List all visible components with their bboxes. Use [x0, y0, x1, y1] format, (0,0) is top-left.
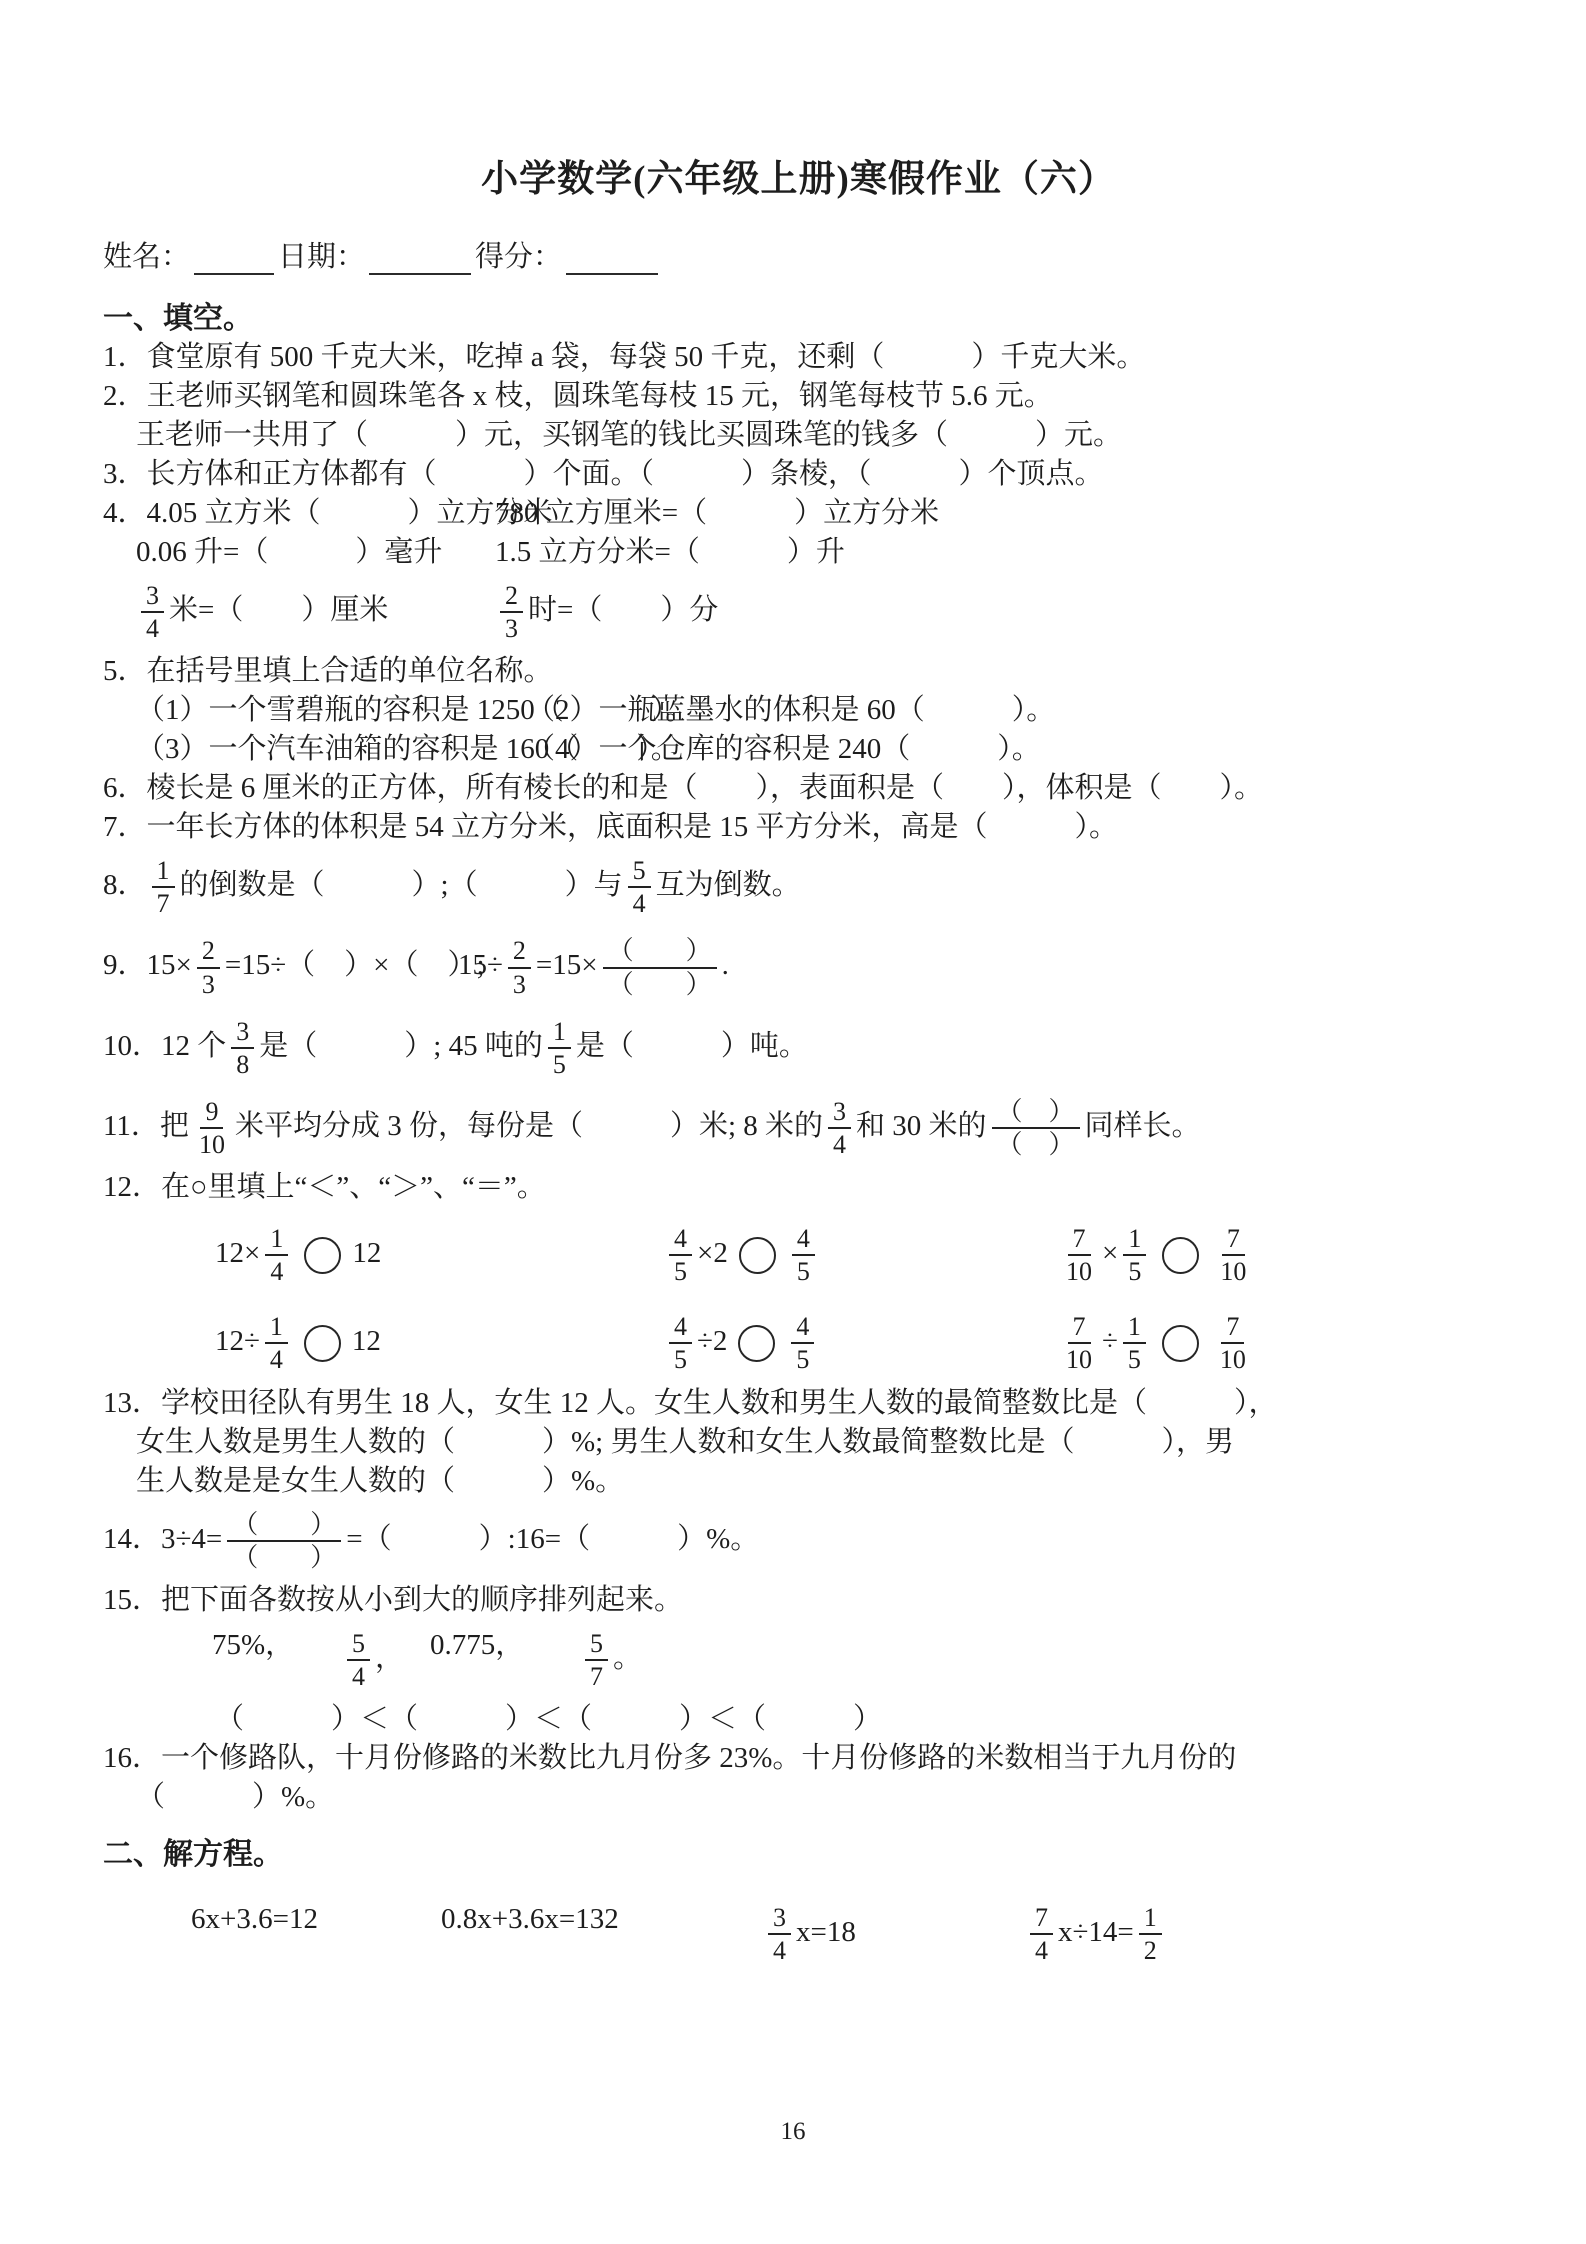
text-segment: （ ）%。 — [136, 1781, 334, 1813]
q11: 11．把910米平均分成 3 份，每份是（ ）米; 8 米的34和 30 米的（… — [103, 1091, 1494, 1165]
q4-row1-col1: 4．4.05 立方米（ ）立方分米 — [103, 497, 495, 530]
q5: 5．在括号里填上合适的单位名称。 — [103, 655, 1494, 688]
text-segment: ÷ — [1102, 1325, 1118, 1357]
fraction: 45 — [791, 1312, 814, 1374]
fraction: 710 — [1061, 1312, 1097, 1374]
text-segment: 0.06 升=（ ）毫升 — [136, 536, 442, 568]
text-segment: ×2 — [697, 1237, 728, 1269]
q15-order-blanks: （ ）＜（ ）＜（ ）＜（ ） — [103, 1703, 1494, 1736]
fraction: 34 — [141, 581, 164, 643]
worksheet-title: 小学数学(六年级上册)寒假作业（六） — [103, 148, 1494, 202]
q2-line2: 王老师一共用了（ ）元，买钢笔的钱比买圆珠笔的钱多（ ）元。 — [103, 419, 1494, 452]
section-1-heading: 一、填空。 — [103, 302, 1494, 335]
text-segment: 12× — [215, 1237, 260, 1269]
text-segment: 14．3÷4= — [103, 1522, 222, 1554]
comparison-circle-blank — [1162, 1325, 1199, 1362]
text-segment: 7．一年长方体的体积是 54 立方分米，底面积是 15 平方分米，高是（ ）。 — [103, 811, 1118, 843]
text-segment: 和 30 米的 — [856, 1110, 987, 1142]
fraction: 74 — [1030, 1903, 1053, 1965]
q12-row2: 12÷141245÷245710÷15710 — [103, 1306, 1494, 1380]
q12-row1-col2: 45×245 — [664, 1224, 1056, 1286]
q4-row1-col2: 780 立方厘米=（ ）立方分米 — [495, 497, 939, 530]
text-segment: 5．在括号里填上合适的单位名称。 — [103, 655, 553, 687]
fraction: 54 — [628, 856, 651, 918]
text-segment: 。 — [613, 1642, 642, 1674]
q16-line2: （ ）%。 — [103, 1781, 1494, 1814]
q4-row2: 0.06 升=（ ）毫升1.5 立方分米=（ ）升 — [103, 536, 1494, 569]
fraction: 34 — [828, 1097, 851, 1159]
text-segment: 9．15× — [103, 949, 192, 981]
q13-line1: 13．学校田径队有男生 18 人，女生 12 人。女生人数和男生人数的最简整数比… — [103, 1387, 1494, 1420]
fraction: 14 — [265, 1224, 288, 1286]
q15-numbers: 75%，54，0.775，57。 — [103, 1623, 1494, 1697]
fraction: 12 — [1139, 1903, 1162, 1965]
q5-row1-col1: （1）一个雪碧瓶的容积是 1250（ ）。 — [136, 694, 526, 727]
date-label: 日期： — [278, 241, 365, 273]
fraction: 23 — [197, 936, 220, 998]
equations-row-col1: 6x+3.6=12 — [191, 1903, 441, 1965]
text-segment: 生人数是是女生人数的（ ）%。 — [136, 1465, 624, 1497]
q12-row1-col3: 710×15710 — [1056, 1224, 1256, 1286]
q9: 9．15×23=15÷（ ）×（ ）;15÷23=15×（ ）（ ）. — [103, 930, 1494, 1004]
text-segment: 16．一个修路队，十月份修路的米数比九月份多 23%。十月份修路的米数相当于九月… — [103, 1742, 1236, 1774]
fraction: 710 — [1061, 1224, 1097, 1286]
q7: 7．一年长方体的体积是 54 立方分米，底面积是 15 平方分米，高是（ ）。 — [103, 811, 1494, 844]
text-segment: （ ）＜（ ）＜（ ）＜（ ） — [215, 1703, 882, 1735]
fraction: （ ）（ ） — [992, 1097, 1080, 1159]
q9-col1: 9．15×23=15÷（ ）×（ ）; — [103, 936, 458, 998]
fraction: （ ）（ ） — [603, 936, 717, 998]
equation-text: x=18 — [796, 1916, 856, 1948]
text-segment: （4）一个仓库的容积是 240（ ）。 — [526, 733, 1041, 765]
fraction: 15 — [1123, 1312, 1146, 1374]
fraction: 34 — [768, 1903, 791, 1965]
fraction: 710 — [1215, 1312, 1251, 1374]
fraction: 15 — [1123, 1224, 1146, 1286]
q9-col2: 15÷23=15×（ ）（ ）. — [458, 936, 729, 998]
equations-row-col4: 74x÷14=12 — [1025, 1903, 1167, 1965]
text-segment: 0.775， — [430, 1629, 524, 1661]
comparison-circle-blank — [1162, 1237, 1199, 1274]
fraction: 45 — [669, 1224, 692, 1286]
fraction: 38 — [231, 1017, 254, 1079]
text-segment: 15．把下面各数按从小到大的顺序排列起来。 — [103, 1584, 683, 1616]
text-segment: 王老师一共用了（ ）元，买钢笔的钱比买圆珠笔的钱多（ ）元。 — [136, 419, 1122, 451]
equations-row-col3: 34x=18 — [763, 1903, 1025, 1965]
worksheet-body: 一、填空。1．食堂原有 500 千克大米，吃掉 a 袋，每袋 50 千克，还剩（… — [103, 302, 1494, 1971]
text-segment: 75%， — [212, 1629, 294, 1661]
q15: 15．把下面各数按从小到大的顺序排列起来。 — [103, 1584, 1494, 1617]
text-segment: 12÷ — [215, 1325, 260, 1357]
text-segment: 是（ ）; 45 吨的 — [259, 1029, 543, 1061]
equation-text: 6x+3.6=12 — [191, 1903, 318, 1935]
text-segment: 10．12 个 — [103, 1029, 226, 1061]
text-segment: 互为倒数。 — [656, 869, 801, 901]
equations-row-col2: 0.8x+3.6x=132 — [441, 1903, 763, 1965]
text-segment: 一、填空。 — [103, 302, 253, 335]
q2-line1: 2．王老师买钢笔和圆珠笔各 x 枝，圆珠笔每枝 15 元，钢笔每枝节 5.6 元… — [103, 380, 1494, 413]
text-segment: 1.5 立方分米=（ ）升 — [495, 536, 845, 568]
q12-row2-col1: 12÷1412 — [215, 1312, 664, 1374]
text-segment: =（ ）:16=（ ）%。 — [346, 1522, 759, 1554]
page-number: 16 — [0, 2118, 1586, 2146]
q1: 1．食堂原有 500 千克大米，吃掉 a 袋，每袋 50 千克，还剩（ ）千克大… — [103, 341, 1494, 374]
q5-row1-col2: （2）一瓶蓝墨水的体积是 60（ ）。 — [526, 694, 1055, 727]
text-segment: 12 — [352, 1325, 381, 1357]
comparison-circle-blank — [304, 1237, 341, 1274]
q4-row3-col2: 23时=（ ）分 — [495, 581, 718, 643]
q4-row1: 4．4.05 立方米（ ）立方分米780 立方厘米=（ ）立方分米 — [103, 497, 1494, 530]
q15-numbers-col2: 54， — [342, 1629, 430, 1691]
q15-numbers-col3: 0.775， — [430, 1629, 580, 1691]
fraction: 45 — [669, 1312, 692, 1374]
text-segment: ÷2 — [697, 1325, 727, 1357]
q16-line1: 16．一个修路队，十月份修路的米数比九月份多 23%。十月份修路的米数相当于九月… — [103, 1742, 1494, 1775]
text-segment: （2）一瓶蓝墨水的体积是 60（ ）。 — [526, 694, 1055, 726]
score-blank — [566, 241, 658, 275]
q4-row2-col2: 1.5 立方分米=（ ）升 — [495, 536, 845, 569]
text-segment: 1．食堂原有 500 千克大米，吃掉 a 袋，每袋 50 千克，还剩（ ）千克大… — [103, 341, 1145, 373]
student-info-row: 姓名：日期：得分： — [103, 234, 1494, 278]
q4-row2-col1: 0.06 升=（ ）毫升 — [136, 536, 495, 569]
comparison-circle-blank — [739, 1237, 776, 1274]
score-label: 得分： — [475, 241, 562, 273]
text-segment: =15× — [536, 949, 598, 981]
equation-text: x÷14= — [1058, 1916, 1134, 1948]
text-segment: 4．4.05 立方米（ ）立方分米 — [103, 497, 553, 529]
fraction: 710 — [1215, 1224, 1251, 1286]
name-blank — [194, 241, 274, 275]
text-segment: 15÷ — [458, 949, 503, 981]
equation-text: 0.8x+3.6x=132 — [441, 1903, 619, 1935]
text-segment: 米=（ ）厘米 — [169, 594, 388, 626]
text-segment: 时=（ ）分 — [528, 594, 718, 626]
q12-row2-col3: 710÷15710 — [1056, 1312, 1256, 1374]
fraction: （ ）（ ） — [227, 1510, 341, 1572]
q5-row2-col2: （4）一个仓库的容积是 240（ ）。 — [526, 733, 1041, 766]
fraction: 57 — [585, 1629, 608, 1691]
text-segment: 12．在○里填上“＜”、“＞”、“＝”。 — [103, 1171, 546, 1203]
q4-row3-col1: 34米=（ ）厘米 — [136, 581, 495, 643]
fraction: 14 — [265, 1312, 288, 1374]
text-segment: ， — [375, 1642, 404, 1674]
q15-numbers-col4: 57。 — [580, 1629, 642, 1691]
fraction: 45 — [792, 1224, 815, 1286]
text-segment: × — [1102, 1237, 1118, 1269]
fraction: 910 — [194, 1097, 230, 1159]
q13-line3: 生人数是是女生人数的（ ）%。 — [103, 1465, 1494, 1498]
fraction: 15 — [548, 1017, 571, 1079]
fraction: 54 — [347, 1629, 370, 1691]
text-segment: 二、解方程。 — [103, 1838, 283, 1871]
text-segment: 780 立方厘米=（ ）立方分米 — [495, 497, 939, 529]
q4-row3: 34米=（ ）厘米23时=（ ）分 — [103, 575, 1494, 649]
worksheet-page: 小学数学(六年级上册)寒假作业（六） 姓名：日期：得分： 一、填空。1．食堂原有… — [0, 0, 1586, 2244]
text-segment: 12 — [352, 1237, 381, 1269]
text-segment: 6．棱长是 6 厘米的正方体，所有棱长的和是（ ），表面积是（ ），体积是（ ）… — [103, 772, 1263, 804]
q5-row2: （3）一个汽车油箱的容积是 160（ ）。（4）一个仓库的容积是 240（ ）。 — [103, 733, 1494, 766]
q15-numbers-col1: 75%， — [212, 1629, 342, 1691]
comparison-circle-blank — [738, 1325, 775, 1362]
text-segment: 米平均分成 3 份，每份是（ ）米; 8 米的 — [235, 1110, 823, 1142]
text-segment: 的倒数是（ ）;（ ）与 — [180, 869, 623, 901]
text-segment: 是（ ）吨。 — [576, 1029, 808, 1061]
q6: 6．棱长是 6 厘米的正方体，所有棱长的和是（ ），表面积是（ ），体积是（ ）… — [103, 772, 1494, 805]
text-segment: . — [722, 949, 729, 981]
q12-row1-col1: 12×1412 — [215, 1224, 664, 1286]
text-segment: 11．把 — [103, 1110, 189, 1142]
q12-row2-col2: 45÷245 — [664, 1312, 1056, 1374]
comparison-circle-blank — [304, 1325, 341, 1362]
q5-row2-col1: （3）一个汽车油箱的容积是 160（ ）。 — [136, 733, 526, 766]
q13-line2: 女生人数是男生人数的（ ）%; 男生人数和女生人数最简整数比是（ ），男 — [103, 1426, 1494, 1459]
text-segment: 13．学校田径队有男生 18 人，女生 12 人。女生人数和男生人数的最简整数比… — [103, 1387, 1278, 1419]
text-segment: 3．长方体和正方体都有（ ）个面。（ ）条棱，（ ）个顶点。 — [103, 458, 1104, 490]
text-segment: 8． — [103, 869, 147, 901]
equations-row: 6x+3.6=120.8x+3.6x=13234x=1874x÷14=12 — [103, 1897, 1494, 1971]
text-segment: 女生人数是男生人数的（ ）%; 男生人数和女生人数最简整数比是（ ），男 — [136, 1426, 1234, 1458]
text-segment: 2．王老师买钢笔和圆珠笔各 x 枝，圆珠笔每枝 15 元，钢笔每枝节 5.6 元… — [103, 380, 1053, 412]
q8: 8．17的倒数是（ ）;（ ）与54互为倒数。 — [103, 850, 1494, 924]
fraction: 17 — [152, 856, 175, 918]
q3: 3．长方体和正方体都有（ ）个面。（ ）条棱，（ ）个顶点。 — [103, 458, 1494, 491]
q5-row1: （1）一个雪碧瓶的容积是 1250（ ）。（2）一瓶蓝墨水的体积是 60（ ）。 — [103, 694, 1494, 727]
fraction: 23 — [508, 936, 531, 998]
text-segment: 同样长。 — [1085, 1110, 1201, 1142]
q12-row1: 12×141245×245710×15710 — [103, 1218, 1494, 1292]
text-segment: =15÷（ ）×（ ）; — [225, 949, 485, 981]
q10: 10．12 个38是（ ）; 45 吨的15是（ ）吨。 — [103, 1011, 1494, 1085]
section-2-heading: 二、解方程。 — [103, 1838, 1494, 1871]
name-label: 姓名： — [103, 241, 190, 273]
q14: 14．3÷4=（ ）（ ）=（ ）:16=（ ）%。 — [103, 1504, 1494, 1578]
date-blank — [369, 241, 471, 275]
fraction: 23 — [500, 581, 523, 643]
q12: 12．在○里填上“＜”、“＞”、“＝”。 — [103, 1171, 1494, 1204]
